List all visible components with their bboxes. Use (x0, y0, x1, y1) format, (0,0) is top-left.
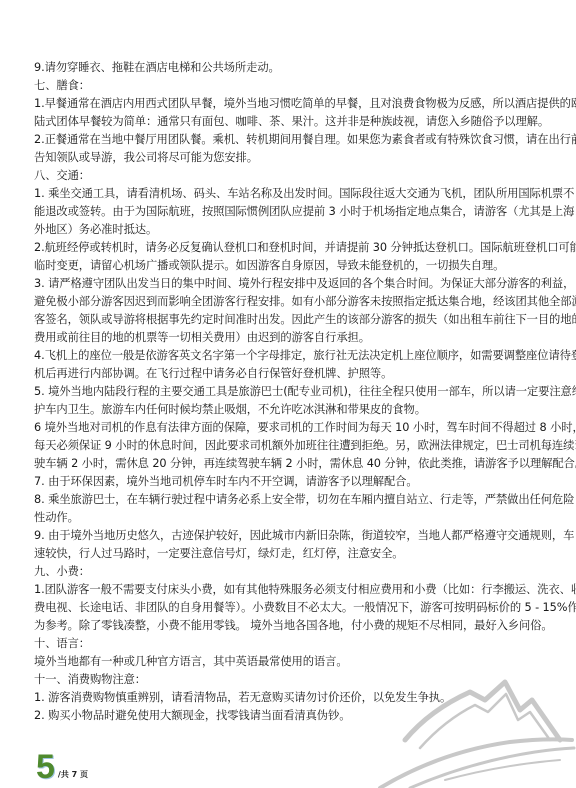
section-heading-tips: 九、小费： (34, 563, 546, 581)
text-line: 告知领队或导游，我公司将尽可能为您安排。 (34, 149, 546, 167)
text-line: 速较快，行人过马路时，一定要注意信号灯，绿灯走，红灯停，注意安全。 (34, 545, 546, 563)
section-heading-language: 十、语言： (34, 635, 546, 653)
section-heading-transport: 八、交通： (34, 167, 546, 185)
text-line: 3. 请严格遵守团队出发当日的集中时间、境外行程安排中及返回的各个集合时间。为保… (34, 275, 546, 293)
text-line: 1.团队游客一般不需要支付床头小费，如有其他特殊服务必须支付相应费用和小费（比如… (34, 581, 546, 599)
text-line: 驶车辆 2 小时，需休息 20 分钟，再连续驾驶车辆 2 小时，需休息 40 分… (34, 455, 546, 473)
text-line: 境外当地都有一种或几种官方语言，其中英语最常使用的语言。 (34, 653, 546, 671)
page-footer: 5 /共 7 页 (36, 752, 88, 782)
text-line: 机后再进行内部协调。在飞行过程中请务必自行保管好登机牌、护照等。 (34, 365, 546, 383)
text-line: 5. 境外当地内陆段行程的主要交通工具是旅游巴士(配专业司机)，往往全程只使用一… (34, 383, 546, 401)
text-line: 护车内卫生。旅游车内任何时候均禁止吸烟，不允许吃冰淇淋和带果皮的食物。 (34, 401, 546, 419)
text-line: 性动作。 (34, 509, 546, 527)
text-line: 2.航班经停或转机时，请务必反复确认登机口和登机时间，并请提前 30 分钟抵达登… (34, 239, 546, 257)
text-line: 7. 由于环保因素，境外当地司机停车时车内不开空调，请游客予以理解配合。 (34, 473, 546, 491)
text-line: 9.请勿穿睡衣、拖鞋在酒店电梯和公共场所走动。 (34, 59, 546, 77)
text-line: 8. 乘坐旅游巴士，在车辆行驶过程中请务必系上安全带，切勿在车厢内擅自站立、行走… (34, 491, 546, 509)
text-line: 能退改或签转。由于为国际航班，按照国际惯例团队应提前 3 小时于机场指定地点集合… (34, 203, 546, 221)
text-line: 陆式团体早餐较为简单：通常只有面包、咖啡、茶、果汁。这并非是种族歧视，请您入乡随… (34, 113, 546, 131)
text-line: 6 境外当地对司机的作息有法律方面的保障，要求司机的工作时间为每天 10 小时，… (34, 419, 546, 437)
text-line: 外地区）务必准时抵达。 (34, 221, 546, 239)
text-line: 4.飞机上的座位一般是依游客英文名字第一个字母排定，旅行社无法决定机上座位顺序，… (34, 347, 546, 365)
text-line: 客签名，领队或导游将根据事先约定时间准时出发。因此产生的该部分游客的损失（如出租… (34, 311, 546, 329)
text-line: 为参考。除了零钱凑整，小费不能用零钱。 境外当地各国各地，付小费的规矩不尽相同，… (34, 617, 546, 635)
text-line: 1. 乘坐交通工具，请看清机场、码头、车站名称及出发时间。国际段往返大交通为飞机… (34, 185, 546, 203)
page-number: 5 (36, 752, 55, 782)
text-line: 费用或前往目的地的机票等一切相关费用）由迟到的游客自行承担。 (34, 329, 546, 347)
text-line: 2.正餐通常在当地中餐厅用团队餐。乘机、转机期间用餐自理。如果您为素食者或有特殊… (34, 131, 546, 149)
section-heading-diet: 七、膳食： (34, 77, 546, 95)
text-line: 9. 由于境外当地历史悠久，古迹保护较好，因此城市内新旧杂陈，街道较窄，当地人都… (34, 527, 546, 545)
text-line: 临时变更，请留心机场广播或领队提示。如因游客自身原因，导致未能登机的，一切损失自… (34, 257, 546, 275)
text-line: 每天必须保证 9 小时的休息时间，因此要求司机额外加班往往遭到拒绝。另，欧洲法律… (34, 437, 546, 455)
page-total: /共 7 页 (58, 769, 88, 780)
text-line: 费电视、长途电话、非团队的自身用餐等）。小费数目不必太大。一般情况下，游客可按明… (34, 599, 546, 617)
text-line: 1.早餐通常在酒店内用西式团队早餐，境外当地习惯吃简单的早餐，且对浪费食物极为反… (34, 95, 546, 113)
feather-mountain-logo-icon (360, 670, 576, 788)
text-line: 避免极小部分游客因迟到而影响全团游客行程安排。如有小部分游客未按照指定抵达集合地… (34, 293, 546, 311)
document-body: 9.请勿穿睡衣、拖鞋在酒店电梯和公共场所走动。 七、膳食： 1.早餐通常在酒店内… (34, 59, 546, 725)
